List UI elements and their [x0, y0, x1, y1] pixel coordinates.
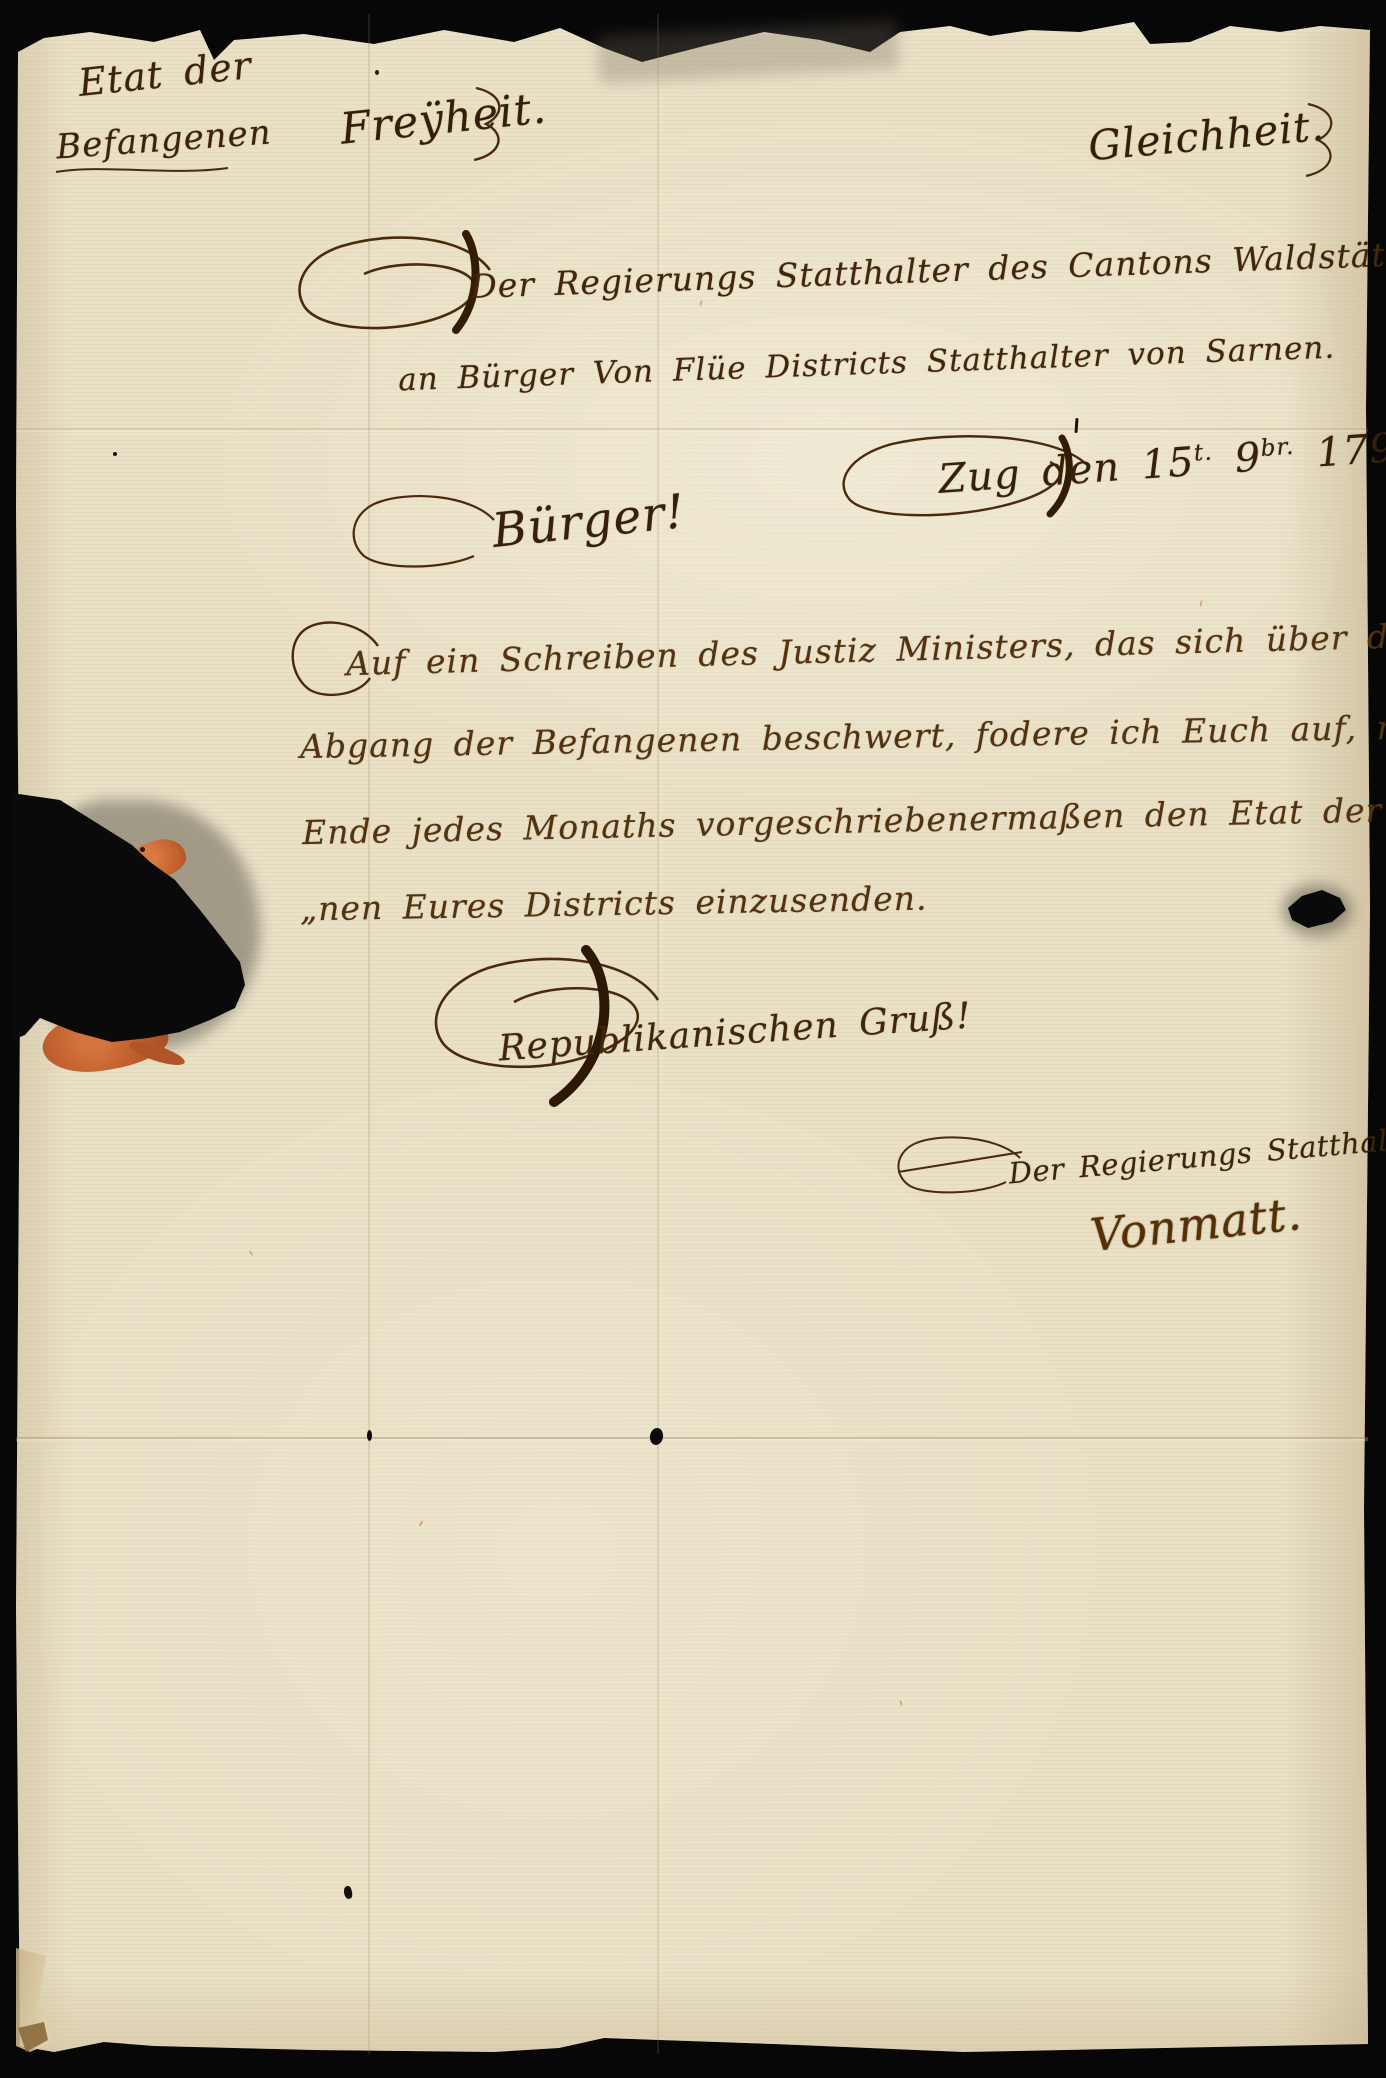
paper-speck — [375, 70, 379, 75]
dateline-month: 9 — [1212, 434, 1263, 483]
annotation-underline-flourish — [52, 162, 232, 178]
wormhole-left — [367, 1430, 372, 1441]
dateline-sup-month: br. — [1260, 433, 1296, 462]
salutation-flourish — [350, 490, 500, 572]
wax-dark-spot — [140, 847, 145, 852]
masthead-left-flourish — [466, 84, 510, 164]
masthead-right-flourish — [1298, 100, 1342, 180]
dateline-sup-day: t. — [1193, 438, 1214, 466]
paper-speck — [113, 452, 117, 456]
fold-crease-horizontal-middle — [16, 1437, 1368, 1439]
dateline-year: 1799 — [1293, 423, 1386, 478]
address-capital-flourish — [290, 228, 500, 346]
photographed-letter: Etat der Befangenen Freÿheit. Gleichheit… — [0, 0, 1386, 2078]
signature-flourish — [896, 1132, 1026, 1198]
fold-crease-horizontal-upper — [16, 428, 1368, 430]
